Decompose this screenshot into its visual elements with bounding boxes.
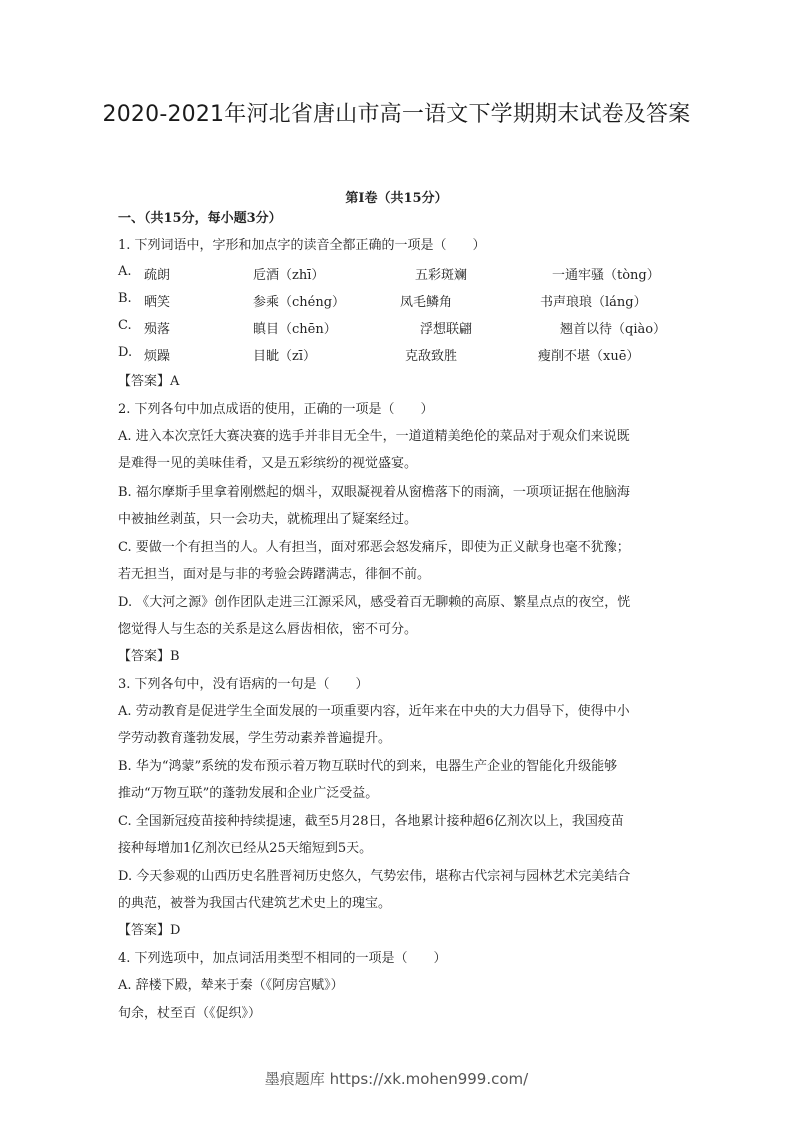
question-1-answer: 【答案】A [118, 373, 678, 391]
option-word-1: 疏朗 [144, 264, 170, 283]
q1-option-b-row: B. 晒笑 参乘（chéng） 凤毛鳞角 书声琅琅（láng） [118, 291, 678, 311]
option-label: D. [118, 345, 132, 360]
question-3-line: C. 全国新冠疫苗接种持续提速，截至5月28日，各地累计接种超6亿剂次以上，我国… [118, 813, 678, 831]
option-word-3: 浮想联翩 [420, 318, 472, 337]
q1-option-d-row: D. 烦躁 目眦（zī） 克敌致胜 瘦削不堪（xuē） [118, 345, 678, 365]
part-heading: 一、（共15分，每小题3分） [118, 210, 678, 228]
option-word-3: 五彩斑斓 [415, 264, 467, 283]
option-word-4: 一通牢骚（tòng） [552, 264, 660, 283]
section-heading: 第Ⅰ卷（共15分） [0, 187, 793, 206]
question-4-stem: 4. 下列选项中，加点词活用类型不相同的一项是（ ） [118, 950, 678, 968]
question-2-answer: 【答案】B [118, 648, 678, 666]
option-word-4: 瘦削不堪（xuē） [538, 345, 639, 364]
option-word-3: 克敌致胜 [405, 345, 457, 364]
question-3-line: B. 华为“鸿蒙”系统的发布预示着万物互联时代的到来，电器生产企业的智能化升级能… [118, 758, 678, 776]
question-2-line: C. 要做一个有担当的人。人有担当，面对邪恶会怒发痛斥，即使为正义献身也毫不犹豫… [118, 539, 678, 557]
question-2-stem: 2. 下列各句中加点成语的使用，正确的一项是（ ） [118, 401, 678, 419]
option-label: A. [118, 264, 132, 279]
option-word-2: 瞋目（chēn） [253, 318, 337, 337]
question-3-line: 学劳动教育蓬勃发展，学生劳动素养普遍提升。 [118, 730, 678, 748]
document-title: 2020-2021年河北省唐山市高一语文下学期期末试卷及答案 [0, 97, 793, 128]
option-label: B. [118, 291, 132, 306]
question-2-line: B. 福尔摩斯手里拿着刚燃起的烟斗，双眼凝视着从窗檐落下的雨滴，一项项证据在他脑… [118, 484, 678, 502]
question-2-line: 是难得一见的美味佳肴，又是五彩缤纷的视觉盛宴。 [118, 455, 678, 473]
question-2-line: 若无担当，面对是与非的考验会踌躇满志，徘徊不前。 [118, 566, 678, 584]
question-3-line: D. 今天参观的山西历史名胜晋祠历史悠久，气势宏伟，堪称古代宗祠与园林艺术完美结… [118, 868, 678, 886]
question-2-line: 中被抽丝剥茧，只一会功夫，就梳理出了疑案经过。 [118, 511, 678, 529]
question-3-line: 推动“万物互联”的蓬勃发展和企业广泛受益。 [118, 785, 678, 803]
question-4-line: A. 辞楼下殿，辇来于秦（《阿房宫赋》） [118, 977, 678, 995]
option-word-3: 凤毛鳞角 [400, 291, 452, 310]
watermark-footer: 墨痕题库 https://xk.mohen999.com/ [0, 1068, 793, 1089]
question-1-stem: 1. 下列词语中，字形和加点字的读音全都正确的一项是（ ） [118, 237, 678, 255]
option-word-1: 殒落 [144, 318, 170, 337]
option-word-1: 烦躁 [144, 345, 170, 364]
option-word-1: 晒笑 [144, 291, 170, 310]
question-3-line: 的典范，被誉为我国古代建筑艺术史上的瑰宝。 [118, 895, 678, 913]
question-2-line: D. 《大河之源》创作团队走进三江源采风，感受着百无聊赖的高原、繁星点点的夜空，… [118, 594, 678, 612]
option-word-2: 卮酒（zhī） [253, 264, 324, 283]
option-word-4: 翘首以待（qiào） [560, 318, 666, 337]
option-word-2: 目眦（zī） [253, 345, 316, 364]
question-3-stem: 3. 下列各句中，没有语病的一句是（ ） [118, 676, 678, 694]
question-3-line: A. 劳动教育是促进学生全面发展的一项重要内容，近年来在中央的大力倡导下，使得中… [118, 703, 678, 721]
question-3-answer: 【答案】D [118, 922, 678, 940]
question-2-line: A. 进入本次烹饪大赛决赛的选手并非目无全牛，一道道精美绝伦的菜品对于观众们来说… [118, 428, 678, 446]
option-label: C. [118, 318, 132, 333]
q1-option-a-row: A. 疏朗 卮酒（zhī） 五彩斑斓 一通牢骚（tòng） [118, 264, 678, 284]
q1-option-c-row: C. 殒落 瞋目（chēn） 浮想联翩 翘首以待（qiào） [118, 318, 678, 338]
option-word-2: 参乘（chéng） [253, 291, 345, 310]
question-4-line: 旬余，杖至百（《促织》） [118, 1005, 678, 1023]
option-word-4: 书声琅琅（láng） [540, 291, 647, 310]
question-2-line: 惚觉得人与生态的关系是这么唇齿相依，密不可分。 [118, 621, 678, 639]
question-3-line: 接种每增加1亿剂次已经从25天缩短到5天。 [118, 840, 678, 858]
